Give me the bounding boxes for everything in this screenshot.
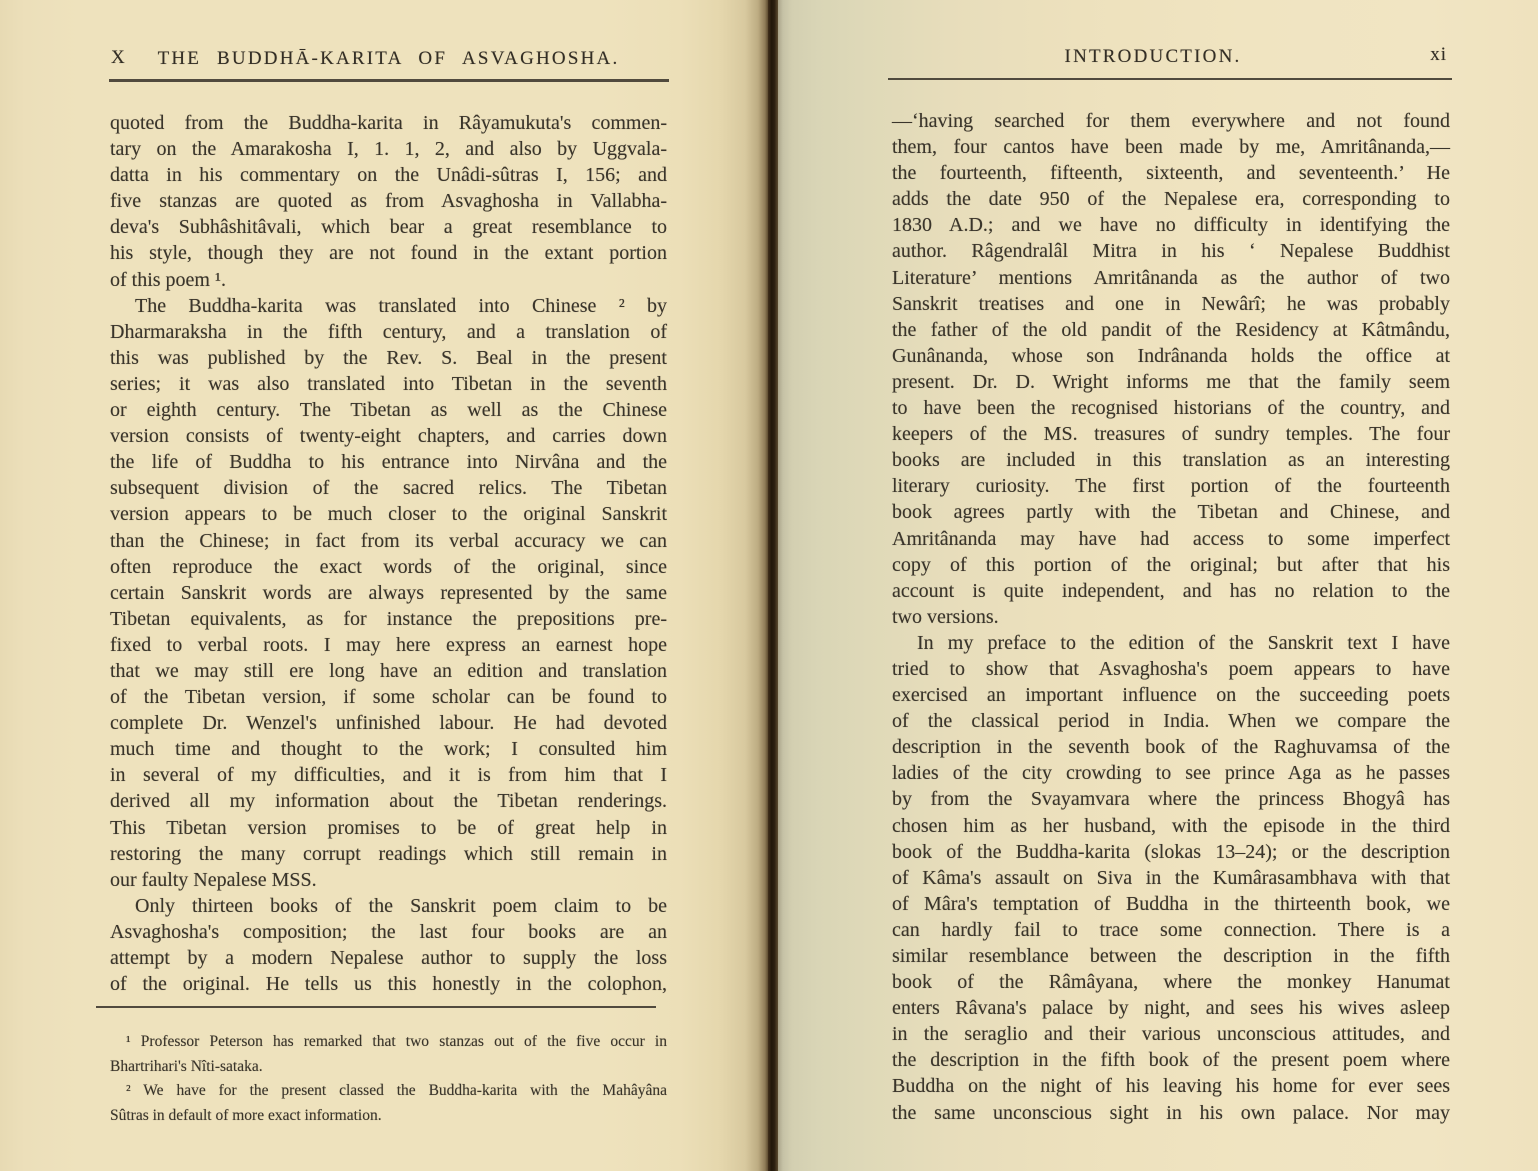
left-page: x THE BUDDHĀ-KARITA OF ASVAGHOSHA. quote… xyxy=(0,0,768,1171)
text-line: book of the Buddha-karita (slokas 13–24)… xyxy=(892,839,1450,865)
text-line: In my preface to the edition of the Sans… xyxy=(892,630,1450,656)
text-line: in the seraglio and their various uncons… xyxy=(892,1021,1450,1047)
text-line: Gunânanda, whose son Indrânanda holds th… xyxy=(892,343,1450,369)
text-line: ² We have for the present classed the Bu… xyxy=(110,1079,667,1104)
text-line: our faulty Nepalese MSS. xyxy=(110,867,667,893)
text-line: derived all my information about the Tib… xyxy=(110,788,667,814)
text-line: the life of Buddha to his entrance into … xyxy=(110,449,667,475)
text-line: series; it was also translated into Tibe… xyxy=(110,371,667,397)
text-line: present. Dr. D. Wright informs me that t… xyxy=(892,369,1450,395)
text-line: —‘having searched for them everywhere an… xyxy=(892,108,1450,134)
text-line: the same unconscious sight in his own pa… xyxy=(892,1100,1450,1126)
text-line: keepers of the MS. treasures of sundry t… xyxy=(892,421,1450,447)
footnotes-left: ¹ Professor Peterson has remarked that t… xyxy=(110,1030,667,1128)
text-line: copy of this portion of the original; bu… xyxy=(892,552,1450,578)
text-line: the fourteenth, fifteenth, sixteenth, an… xyxy=(892,160,1450,186)
text-line: Asvaghosha's composition; the last four … xyxy=(110,919,667,945)
text-line: Buddha on the night of his leaving his h… xyxy=(892,1073,1450,1099)
text-line: Tibetan equivalents, as for instance the… xyxy=(110,606,667,632)
text-line: them, four cantos have been made by me, … xyxy=(892,134,1450,160)
text-line: to have been the recognised historians o… xyxy=(892,395,1450,421)
text-line: quoted from the Buddha-karita in Râyamuk… xyxy=(110,110,667,136)
text-line: Dharmaraksha in the fifth century, and a… xyxy=(110,319,667,345)
text-line: book agrees partly with the Tibetan and … xyxy=(892,499,1450,525)
text-line: his style, though they are not found in … xyxy=(110,240,667,266)
book-gutter-shadow xyxy=(768,0,778,1171)
text-line: this was published by the Rev. S. Beal i… xyxy=(110,345,667,371)
text-line: that we may still ere long have an editi… xyxy=(110,658,667,684)
text-line: subsequent division of the sacred relics… xyxy=(110,475,667,501)
text-line: Only thirteen books of the Sanskrit poem… xyxy=(110,893,667,919)
text-line: 1830 A.D.; and we have no difficulty in … xyxy=(892,212,1450,238)
right-page: INTRODUCTION. xi —‘having searched for t… xyxy=(778,0,1538,1171)
body-text-right: —‘having searched for them everywhere an… xyxy=(892,108,1450,1126)
text-line: of the classical period in India. When w… xyxy=(892,708,1450,734)
text-line: attempt by a modern Nepalese author to s… xyxy=(110,945,667,971)
text-line: book of the Râmâyana, where the monkey H… xyxy=(892,969,1450,995)
text-line: fixed to verbal roots. I may here expres… xyxy=(110,632,667,658)
text-line: adds the date 950 of the Nepalese era, c… xyxy=(892,186,1450,212)
text-line: of the Tibetan version, if some scholar … xyxy=(110,684,667,710)
text-line: than the Chinese; in fact from its verba… xyxy=(110,528,667,554)
header-rule-left xyxy=(109,79,669,82)
text-line: of this poem ¹. xyxy=(110,267,667,293)
text-line: of the original. He tells us this honest… xyxy=(110,971,667,997)
text-line: books are included in this translation a… xyxy=(892,447,1450,473)
text-line: literary curiosity. The first portion of… xyxy=(892,473,1450,499)
text-line: author. Râgendralâl Mitra in his ‘ Nepal… xyxy=(892,238,1450,264)
text-line: Sûtras in default of more exact informat… xyxy=(110,1104,667,1129)
text-line: complete Dr. Wenzel's unfinished labour.… xyxy=(110,710,667,736)
text-line: certain Sanskrit words are always repres… xyxy=(110,580,667,606)
text-line: This Tibetan version promises to be of g… xyxy=(110,815,667,841)
text-line: can hardly fail to trace some connection… xyxy=(892,917,1450,943)
text-line: exercised an important influence on the … xyxy=(892,682,1450,708)
text-line: five stanzas are quoted as from Asvaghos… xyxy=(110,188,667,214)
text-line: of Mâra's temptation of Buddha in the th… xyxy=(892,891,1450,917)
text-line: Amritânanda may have had access to some … xyxy=(892,526,1450,552)
book-spread: x THE BUDDHĀ-KARITA OF ASVAGHOSHA. quote… xyxy=(0,0,1538,1171)
text-line: Sanskrit treatises and one in Newârî; he… xyxy=(892,291,1450,317)
text-line: tary on the Amarakosha I, 1. 1, 2, and a… xyxy=(110,136,667,162)
text-line: often reproduce the exact words of the o… xyxy=(110,554,667,580)
text-line: datta in his commentary on the Unâdi-sût… xyxy=(110,162,667,188)
text-line: The Buddha-karita was translated into Ch… xyxy=(110,293,667,319)
text-line: deva's Subhâshitâvali, which bear a grea… xyxy=(110,214,667,240)
text-line: description in the seventh book of the R… xyxy=(892,734,1450,760)
text-line: ladies of the city crowding to see princ… xyxy=(892,760,1450,786)
text-line: Literature’ mentions Amritânanda as the … xyxy=(892,265,1450,291)
text-line: enters Râvana's palace by night, and see… xyxy=(892,995,1450,1021)
running-head-right: INTRODUCTION. xyxy=(892,46,1450,68)
text-line: two versions. xyxy=(892,604,1450,630)
running-head-left: THE BUDDHĀ-KARITA OF ASVAGHOSHA. xyxy=(110,48,667,70)
page-number-right: xi xyxy=(1430,44,1447,66)
header-rule-right xyxy=(888,78,1452,80)
text-line: version appears to be much closer to the… xyxy=(110,501,667,527)
footnote-rule xyxy=(96,1006,656,1008)
text-line: or eighth century. The Tibetan as well a… xyxy=(110,397,667,423)
text-line: similar resemblance between the descript… xyxy=(892,943,1450,969)
text-line: chosen him as her husband, with the epis… xyxy=(892,813,1450,839)
text-line: account is quite independent, and has no… xyxy=(892,578,1450,604)
text-line: the description in the fifth book of the… xyxy=(892,1047,1450,1073)
text-line: restoring the many corrupt readings whic… xyxy=(110,841,667,867)
text-line: ¹ Professor Peterson has remarked that t… xyxy=(110,1030,667,1055)
text-line: Bhartrihari's Nîti-sataka. xyxy=(110,1055,667,1080)
text-line: version consists of twenty-eight chapter… xyxy=(110,423,667,449)
body-text-left: quoted from the Buddha-karita in Râyamuk… xyxy=(110,110,667,997)
text-line: in several of my difficulties, and it is… xyxy=(110,762,667,788)
text-line: of Kâma's assault on Siva in the Kumâras… xyxy=(892,865,1450,891)
text-line: much time and thought to the work; I con… xyxy=(110,736,667,762)
text-line: tried to show that Asvaghosha's poem app… xyxy=(892,656,1450,682)
text-line: by from the Svayamvara where the princes… xyxy=(892,786,1450,812)
text-line: the father of the old pandit of the Resi… xyxy=(892,317,1450,343)
